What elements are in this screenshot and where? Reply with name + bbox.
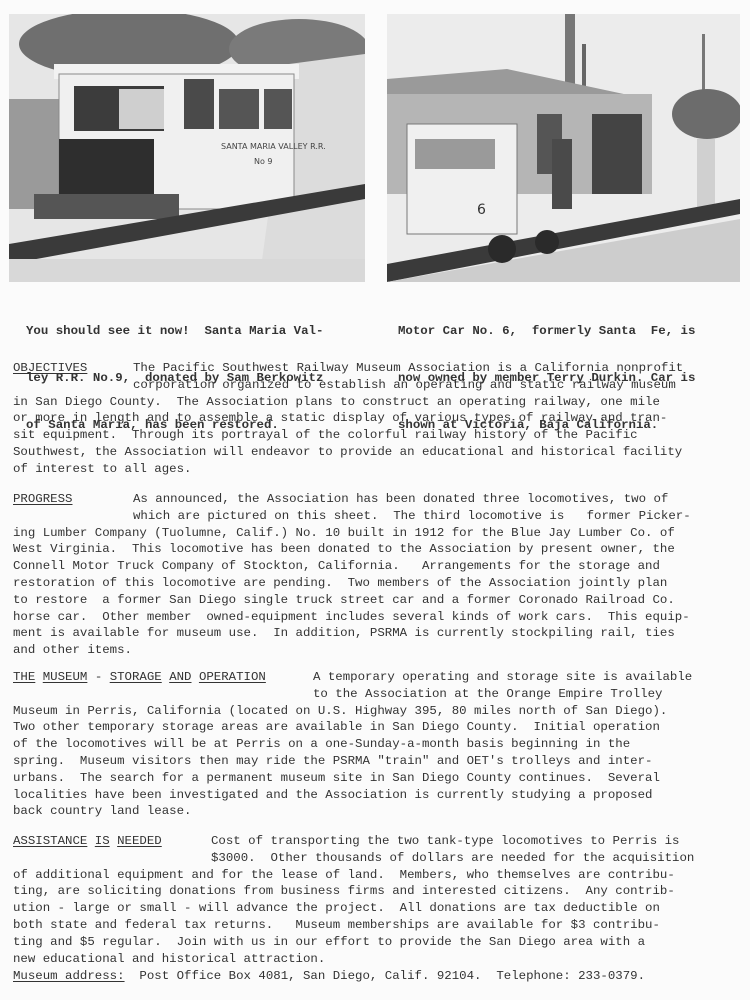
photo-santa-maria-valley-car: SANTA MARIA VALLEY R.R. No 9 — [9, 14, 365, 282]
paragraph-line: ing Lumber Company (Tuolumne, Calif.) No… — [13, 525, 741, 542]
paragraph-line: of interest to all ages. — [13, 461, 741, 478]
paragraph-line: back country land lease. — [13, 803, 741, 820]
paragraph-line: Connell Motor Truck Company of Stockton,… — [13, 558, 741, 575]
paragraph-line: Cost of transporting the two tank-type l… — [211, 833, 679, 850]
photo-motor-car-no-6: 6 — [387, 14, 740, 282]
heading-word: STORAGE — [110, 670, 162, 684]
heading-word: OPERATION — [199, 670, 266, 684]
paragraph-line: to the Association at the Orange Empire … — [313, 686, 662, 703]
section-heading-assistance: ASSISTANCE IS NEEDEDCost of transporting… — [13, 833, 741, 850]
paragraph-line: $3000. Other thousands of dollars are ne… — [211, 850, 694, 867]
section-heading-objectives: OBJECTIVES — [13, 361, 87, 375]
heading-word: THE — [13, 670, 35, 684]
paragraph-line: ting and $5 regular. Join with us in our… — [13, 934, 741, 951]
caption-line: Motor Car No. 6, formerly Santa Fe, is — [398, 324, 695, 341]
svg-text:6: 6 — [477, 202, 486, 218]
paragraph-line: A temporary operating and storage site i… — [313, 669, 692, 686]
section-heading-museum: THE MUSEUM - STORAGE AND OPERATIONA temp… — [13, 669, 741, 686]
paragraph-line: ment is available for museum use. In add… — [13, 625, 741, 642]
heading-word: MUSEUM — [43, 670, 88, 684]
heading-word: AND — [169, 670, 191, 684]
paragraph-line: horse car. Other member owned-equipment … — [13, 609, 741, 626]
section-assistance-needed: ASSISTANCE IS NEEDEDCost of transporting… — [13, 833, 741, 985]
paragraph-line: both state and federal tax returns. Muse… — [13, 917, 741, 934]
paragraph-line: ting, are soliciting donations from busi… — [13, 883, 741, 900]
paragraph-line: West Virginia. This locomotive has been … — [13, 541, 741, 558]
motor-car-station-illustration: 6 — [387, 14, 740, 282]
rail-motor-car-illustration: SANTA MARIA VALLEY R.R. No 9 — [9, 14, 365, 282]
paragraph-line: ution - large or small - will advance th… — [13, 900, 741, 917]
heading-word: IS — [95, 834, 110, 848]
paragraph-line: which are pictured on this sheet. The th… — [133, 508, 691, 525]
svg-text:No 9: No 9 — [254, 157, 273, 166]
section-progress: PROGRESSAs announced, the Association ha… — [13, 491, 741, 659]
paragraph-line: corporation organized to establish an op… — [133, 377, 676, 394]
paragraph-line: new educational and historical attractio… — [13, 951, 741, 968]
museum-address-label: Museum address: — [13, 969, 125, 983]
paragraph-line: As announced, the Association has been d… — [133, 491, 668, 508]
section-museum-storage-operation: THE MUSEUM - STORAGE AND OPERATIONA temp… — [13, 669, 741, 820]
paragraph-line: Southwest, the Association will endeavor… — [13, 444, 741, 461]
paragraph-line: The Pacific Southwest Railway Museum Ass… — [133, 360, 683, 377]
paragraph-line: Museum in Perris, California (located on… — [13, 703, 741, 720]
heading-dash: - — [95, 670, 102, 684]
paragraph-line: sit equipment. Through its portrayal of … — [13, 427, 741, 444]
paragraph-line: in San Diego County. The Association pla… — [13, 394, 741, 411]
heading-word: ASSISTANCE — [13, 834, 87, 848]
paragraph-line: Two other temporary storage areas are av… — [13, 719, 741, 736]
paragraph-line: or more in length and to assemble a stat… — [13, 410, 741, 427]
section-objectives: OBJECTIVESThe Pacific Southwest Railway … — [13, 360, 741, 478]
heading-word: NEEDED — [117, 834, 162, 848]
section-heading-progress: PROGRESS — [13, 492, 73, 506]
caption-line: You should see it now! Santa Maria Val- — [26, 324, 323, 341]
paragraph-line: and other items. — [13, 642, 741, 659]
paragraph-line: localities have been investigated and th… — [13, 787, 741, 804]
museum-address-line: Museum address: Post Office Box 4081, Sa… — [13, 968, 741, 985]
paragraph-line: urbans. The search for a permanent museu… — [13, 770, 741, 787]
paragraph-line: of additional equipment and for the leas… — [13, 867, 741, 884]
paragraph-line: of the locomotives will be at Perris on … — [13, 736, 741, 753]
svg-text:SANTA MARIA VALLEY R.R.: SANTA MARIA VALLEY R.R. — [221, 142, 326, 151]
museum-address-text: Post Office Box 4081, San Diego, Calif. … — [125, 969, 646, 983]
paragraph-line: restoration of this locomotive are pendi… — [13, 575, 741, 592]
paragraph-line: spring. Museum visitors then may ride th… — [13, 753, 741, 770]
paragraph-line: to restore a former San Diego single tru… — [13, 592, 741, 609]
